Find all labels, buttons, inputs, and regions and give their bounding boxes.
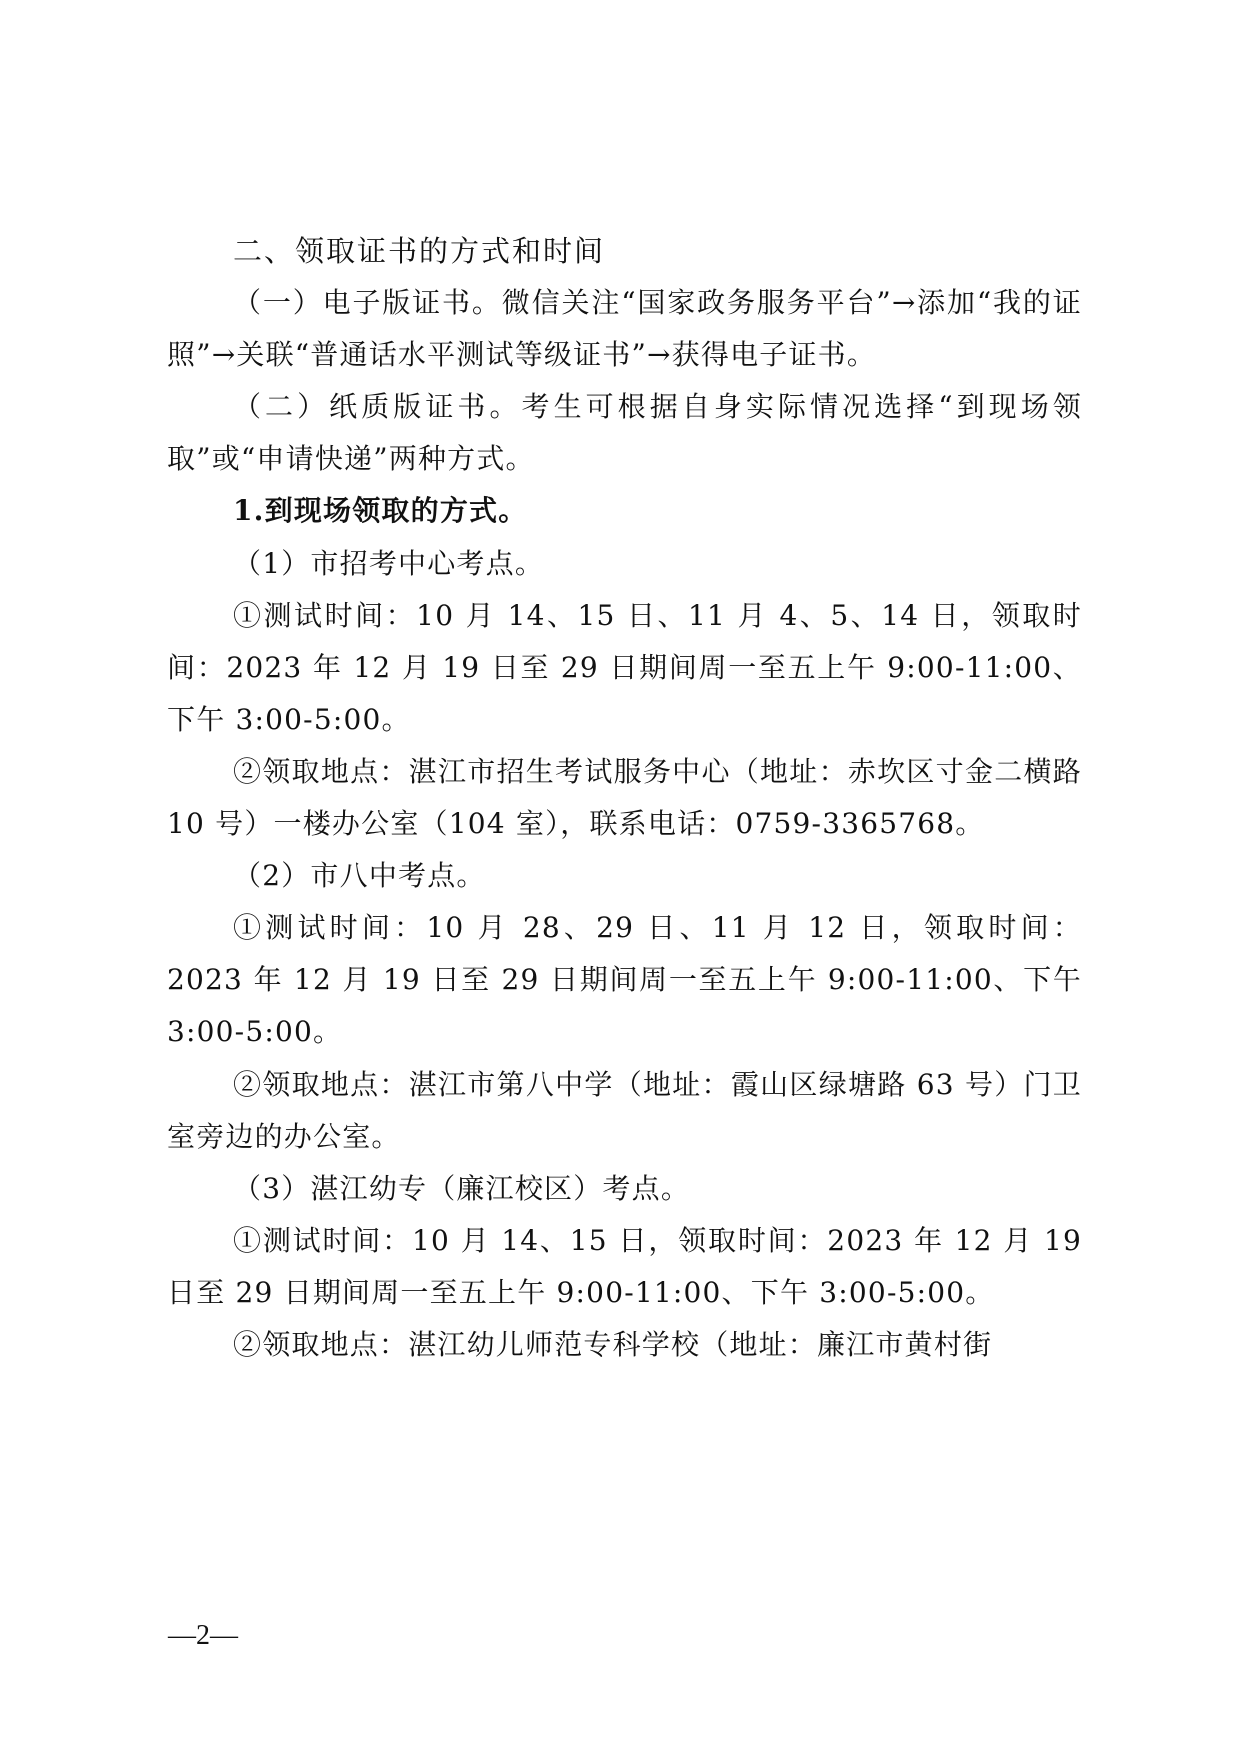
site-2-location: ②领取地点：湛江市第八中学（地址：霞山区绿塘路 63 号）门卫室旁边的办公室。 <box>167 1059 1082 1163</box>
section-heading: 二、领取证书的方式和时间 <box>167 225 1082 277</box>
site-3-location: ②领取地点：湛江幼儿师范专科学校（地址：廉江市黄村街 <box>167 1319 1082 1371</box>
document-page: 二、领取证书的方式和时间 （一）电子版证书。微信关注“国家政务服务平台”→添加“… <box>0 0 1240 1754</box>
document-body: 二、领取证书的方式和时间 （一）电子版证书。微信关注“国家政务服务平台”→添加“… <box>167 225 1082 1371</box>
subheading-onsite-pickup: 1.到现场领取的方式。 <box>167 485 1082 537</box>
site-1-title: （1）市招考中心考点。 <box>167 538 1082 590</box>
page-number: —2— <box>168 1620 238 1652</box>
site-3-time: ①测试时间：10 月 14、15 日，领取时间：2023 年 12 月 19 日… <box>167 1215 1082 1319</box>
site-1-location: ②领取地点：湛江市招生考试服务中心（地址：赤坎区寸金二横路 10 号）一楼办公室… <box>167 746 1082 850</box>
site-3-title: （3）湛江幼专（廉江校区）考点。 <box>167 1163 1082 1215</box>
site-1-time: ①测试时间：10 月 14、15 日、11 月 4、5、14 日，领取时间：20… <box>167 590 1082 746</box>
site-2-time: ①测试时间：10 月 28、29 日、11 月 12 日，领取时间：2023 年… <box>167 902 1082 1058</box>
site-2-title: （2）市八中考点。 <box>167 850 1082 902</box>
paragraph-paper-certificate: （二）纸质版证书。考生可根据自身实际情况选择“到现场领取”或“申请快递”两种方式… <box>167 381 1082 485</box>
paragraph-electronic-certificate: （一）电子版证书。微信关注“国家政务服务平台”→添加“我的证照”→关联“普通话水… <box>167 277 1082 381</box>
